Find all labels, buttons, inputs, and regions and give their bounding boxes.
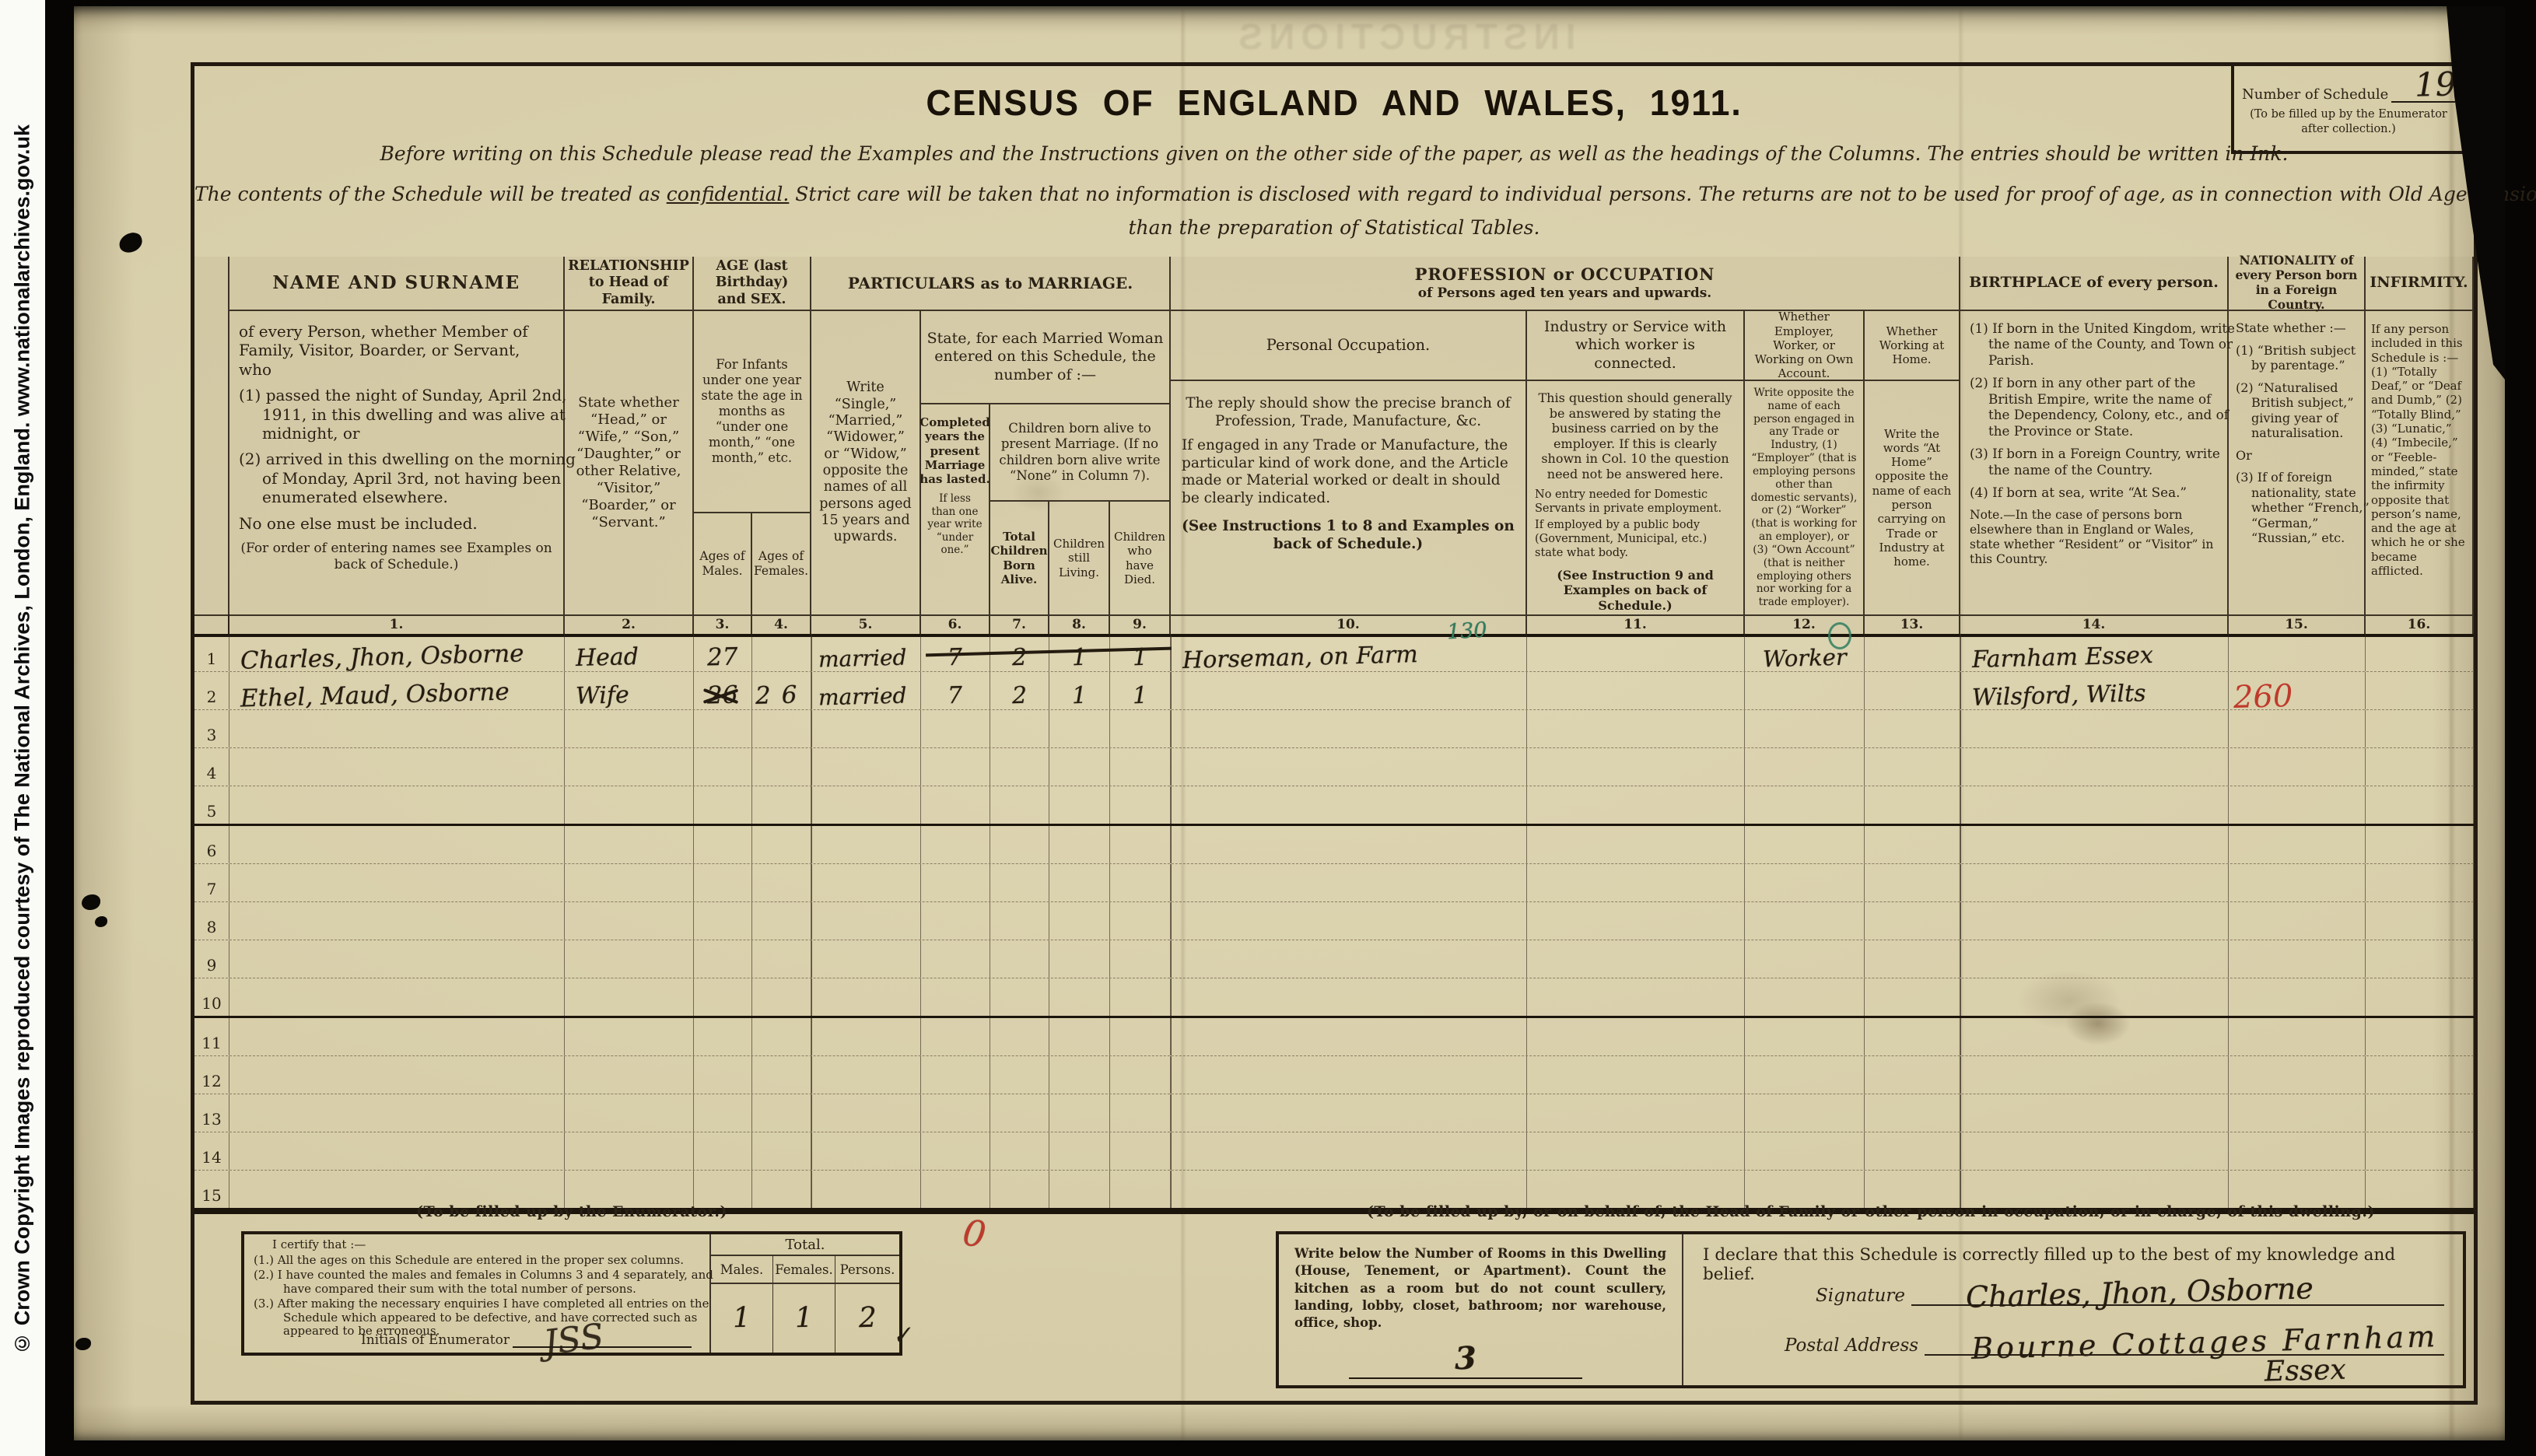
signature-label: Signature (1816, 1286, 1905, 1306)
col-number (194, 614, 229, 634)
col-number: 4. (752, 614, 811, 634)
entry-relationship: Head (576, 646, 639, 670)
entry-condition: married (818, 647, 907, 671)
table-row: 5 (194, 786, 2474, 826)
col-desc-children-note: Children born alive to present Marriage.… (990, 404, 1171, 502)
postal-address-value-2: Essex (2265, 1356, 2347, 1387)
row-number: 4 (194, 748, 229, 786)
householder-box: Write below the Number of Rooms in this … (1276, 1231, 2466, 1388)
col-number: 15. (2229, 614, 2366, 634)
total-persons-value: 2 (858, 1304, 877, 1333)
row-number: 3 (194, 710, 229, 747)
col-desc-children-died: Children who have Died. (1110, 502, 1171, 614)
row-number: 9 (194, 940, 229, 978)
col-desc-marital-condition: Write “Single,” “Married,” “Widower,” or… (811, 311, 921, 614)
postal-address-label: Postal Address (1785, 1335, 1918, 1356)
punch-hole (82, 894, 100, 910)
col-desc-nationality: State whether :— (1) “British subject by… (2229, 311, 2366, 614)
col-desc-children-born: Total Children Born Alive. (990, 502, 1049, 614)
rooms-value-line: 3 (1349, 1343, 1582, 1379)
totals-col-persons: Persons. (835, 1256, 899, 1284)
table-row: 4 (194, 748, 2474, 786)
householder-caption: (To be filled up by, or on behalf of, th… (1276, 1203, 2466, 1220)
row-number: 13 (194, 1094, 229, 1132)
col-number: 14. (1960, 614, 2229, 634)
table-row: 11 (194, 1018, 2474, 1056)
col-header-age-sex: AGE (last Birthday) and SEX. (694, 257, 811, 311)
table-row: 2 Ethel, Maud, Osborne Wife 26 26 marrie… (194, 672, 2474, 710)
col-desc-employer-head: Whether Employer, Worker, or Working on … (1745, 311, 1865, 381)
row-number: 5 (194, 786, 229, 824)
bleed-through-ghost-text: INSTRUCTIONS (1015, 16, 1793, 58)
col-desc-name: of every Person, whether Member of Famil… (229, 311, 565, 614)
punch-hole (117, 231, 144, 255)
totals-col-males: Males. (711, 1256, 773, 1284)
entry-birthplace: Wilsford, Wilts (1972, 682, 2146, 710)
profession-title: PROFESSION or OCCUPATION (1415, 264, 1715, 285)
row-number: 12 (194, 1056, 229, 1094)
red-zero-annotation: 0 (961, 1214, 988, 1253)
schedule-paper: INSTRUCTIONS CENSUS OF ENGLAND AND WALES… (74, 6, 2505, 1440)
postal-address-row: Postal Address Bourne Cottages Farnham (1785, 1335, 2444, 1356)
col-header-infirmity: INFIRMITY. (2366, 257, 2474, 311)
table-row: 6 (194, 826, 2474, 864)
col-desc-ages-females: Ages of Females. (752, 513, 811, 614)
rooms-instruction: Write below the Number of Rooms in this … (1279, 1234, 1683, 1385)
occupation-code-annotation: 130 (1447, 620, 1488, 643)
row-number: 8 (194, 902, 229, 940)
col-desc-occupation: The reply should show the precise branch… (1171, 381, 1527, 614)
postal-address-line: Bourne Cottages Farnham (1925, 1342, 2444, 1356)
col-desc-industry-head: Industry or Service with which worker is… (1527, 311, 1745, 381)
col-number: 3. (694, 614, 752, 634)
entry-occupation: Horseman, on Farm (1182, 643, 1418, 673)
copyright-strip: © Crown Copyright Images reproduced cour… (0, 0, 45, 1456)
entry-relationship: Wife (576, 684, 630, 709)
profession-subtitle: of Persons aged ten years and upwards. (1418, 285, 1711, 302)
col-number: 2. (565, 614, 694, 634)
totals-title: Total. (711, 1234, 899, 1256)
entry-age-females: 26 (755, 683, 807, 709)
col-desc-birthplace: (1) If born in the United Kingdom, write… (1960, 311, 2229, 614)
table-row: 1 Charles, Jhon, Osborne Head 27 married… (194, 634, 2474, 672)
table-row: 3 (194, 710, 2474, 748)
col-desc-industry: This question should generally be answer… (1527, 381, 1745, 614)
col-header-relationship: RELATIONSHIP to Head of Family. (565, 257, 694, 311)
enumerator-initials-row: Initials of Enumerator JSS (361, 1332, 692, 1348)
col-number: 8. (1049, 614, 1110, 634)
col-desc-age-infants: For Infants under one year state the age… (694, 311, 811, 513)
entry-age-males-struck: 26 (707, 683, 738, 708)
table-row: 9 (194, 940, 2474, 978)
punch-hole (95, 916, 107, 927)
red-reference-number: 260 (2233, 681, 2293, 713)
row-number: 7 (194, 864, 229, 901)
col-desc-children-living: Children still Living. (1049, 502, 1110, 614)
table-row: 7 (194, 864, 2474, 902)
col-header-name-surname: NAME AND SURNAME (229, 257, 565, 311)
row-number: 15 (194, 1171, 229, 1208)
col-header-profession: PROFESSION or OCCUPATION of Persons aged… (1171, 257, 1960, 311)
entry-children-born: 2 (1012, 646, 1028, 670)
enumerator-caption: (To be filled up by the Enumerator.) (241, 1203, 902, 1220)
col-desc-infirmity: If any person included in this Schedule … (2366, 311, 2474, 614)
confidential-line: The contents of the Schedule will be tre… (194, 183, 2474, 205)
punch-hole (75, 1338, 91, 1350)
table-header: NAME AND SURNAME RELATIONSHIP to Head of… (194, 257, 2474, 637)
col-number: 13. (1865, 614, 1960, 634)
copyright-text: © Crown Copyright Images reproduced cour… (11, 124, 35, 1355)
row-number: 1 (194, 634, 229, 671)
col-number: 7. (990, 614, 1049, 634)
enumerator-certification: I certify that :— (1.) All the ages on t… (254, 1238, 714, 1340)
entry-children-living: 1 (1072, 684, 1088, 708)
col-desc-years-married: Completed years the present Marriage has… (921, 404, 990, 614)
entry-name: Ethel, Maud, Osborne (240, 680, 510, 711)
entry-condition: married (818, 685, 907, 709)
totals-col-females: Females. (773, 1256, 835, 1284)
col-header-nationality: NATIONALITY of every Person born in a Fo… (2229, 257, 2366, 311)
col-header-birthplace: BIRTHPLACE of every person. (1960, 257, 2229, 311)
entry-years-married: 7 (947, 684, 963, 708)
col-number: 16. (2366, 614, 2474, 634)
col-number: 5. (811, 614, 921, 634)
schedule-number-line: 19 (2391, 70, 2455, 103)
initials-value: JSS (542, 1319, 606, 1360)
row-number: 6 (194, 826, 229, 863)
schedule-number-note: (To be filled up by the Enumerator after… (2242, 107, 2455, 137)
postal-address-value: Bourne Cottages Farnham (1971, 1321, 2439, 1363)
table-rows: 1 Charles, Jhon, Osborne Head 27 married… (194, 634, 2474, 1214)
table-row: 10 (194, 978, 2474, 1018)
entry-children-died: 1 (1133, 684, 1148, 708)
schedule-form: CENSUS OF ENGLAND AND WALES, 1911. Befor… (191, 62, 2478, 1405)
green-circle-annotation (1828, 622, 1851, 649)
intro-line: Before writing on this Schedule please r… (194, 142, 2474, 165)
signature-line: Charles, Jhon, Osborne (1911, 1292, 2444, 1306)
initials-label: Initials of Enumerator (361, 1332, 510, 1348)
signature-value: Charles, Jhon, Osborne (1966, 1273, 2314, 1312)
enumerator-box: I certify that :— (1.) All the ages on t… (241, 1231, 902, 1356)
entry-employment-status: Worker (1762, 646, 1846, 671)
col-number: 1. (229, 614, 565, 634)
signature-row: Signature Charles, Jhon, Osborne (1816, 1286, 2444, 1306)
col-desc-occupation-head: Personal Occupation. (1171, 311, 1527, 381)
schedule-number-value: 19 (2414, 68, 2457, 101)
rooms-value: 3 (1455, 1343, 1477, 1375)
table-row: 8 (194, 902, 2474, 940)
census-scan-page: © Crown Copyright Images reproduced cour… (0, 0, 2536, 1456)
col-desc-married-woman-note: State, for each Married Woman entered on… (921, 311, 1171, 404)
schedule-number-label: Number of Schedule (2242, 86, 2388, 103)
confidential-word: confidential. (667, 183, 790, 205)
total-males-value: 1 (733, 1304, 751, 1333)
row-number: 14 (194, 1132, 229, 1170)
col-desc-ages-males: Ages of Males. (694, 513, 752, 614)
entry-children-born: 2 (1012, 684, 1028, 708)
col-desc-at-home: Write the words “At Home” opposite the n… (1865, 381, 1960, 614)
table-row: 12 (194, 1056, 2474, 1094)
entry-birthplace: Farnham Essex (1972, 644, 2154, 672)
col-number: 11. (1527, 614, 1745, 634)
form-title: CENSUS OF ENGLAND AND WALES, 1911. (229, 82, 2440, 124)
col-desc-relationship: State whether “Head,” or “Wife,” “Son,” … (565, 311, 694, 614)
table-row: 14 (194, 1132, 2474, 1171)
entry-years-married: 7 (947, 646, 963, 670)
col-desc-at-home-head: Whether Working at Home. (1865, 311, 1960, 381)
col-number: 9. (1110, 614, 1171, 634)
check-mark: ✓ (891, 1323, 913, 1349)
row-number: 10 (194, 978, 229, 1016)
confidential-line-2: than the preparation of Statistical Tabl… (194, 216, 2474, 239)
row-number: 2 (194, 672, 229, 709)
total-females-value: 1 (795, 1304, 814, 1333)
col-desc-employer: Write opposite the name of each person e… (1745, 381, 1865, 614)
col-header-marriage: PARTICULARS as to MARRIAGE. (811, 257, 1171, 311)
entry-age-males: 27 (707, 645, 738, 670)
row-number-column-head (194, 257, 229, 634)
schedule-number-box: Number of Schedule 19 (To be filled up b… (2231, 62, 2466, 154)
col-number: 6. (921, 614, 990, 634)
entry-name: Charles, Jhon, Osborne (240, 642, 524, 674)
totals-table: Total. Males. Females. Persons. 1 1 2✓ (709, 1234, 899, 1353)
table-row: 13 (194, 1094, 2474, 1132)
row-number: 11 (194, 1018, 229, 1055)
initials-line: JSS (513, 1339, 692, 1348)
